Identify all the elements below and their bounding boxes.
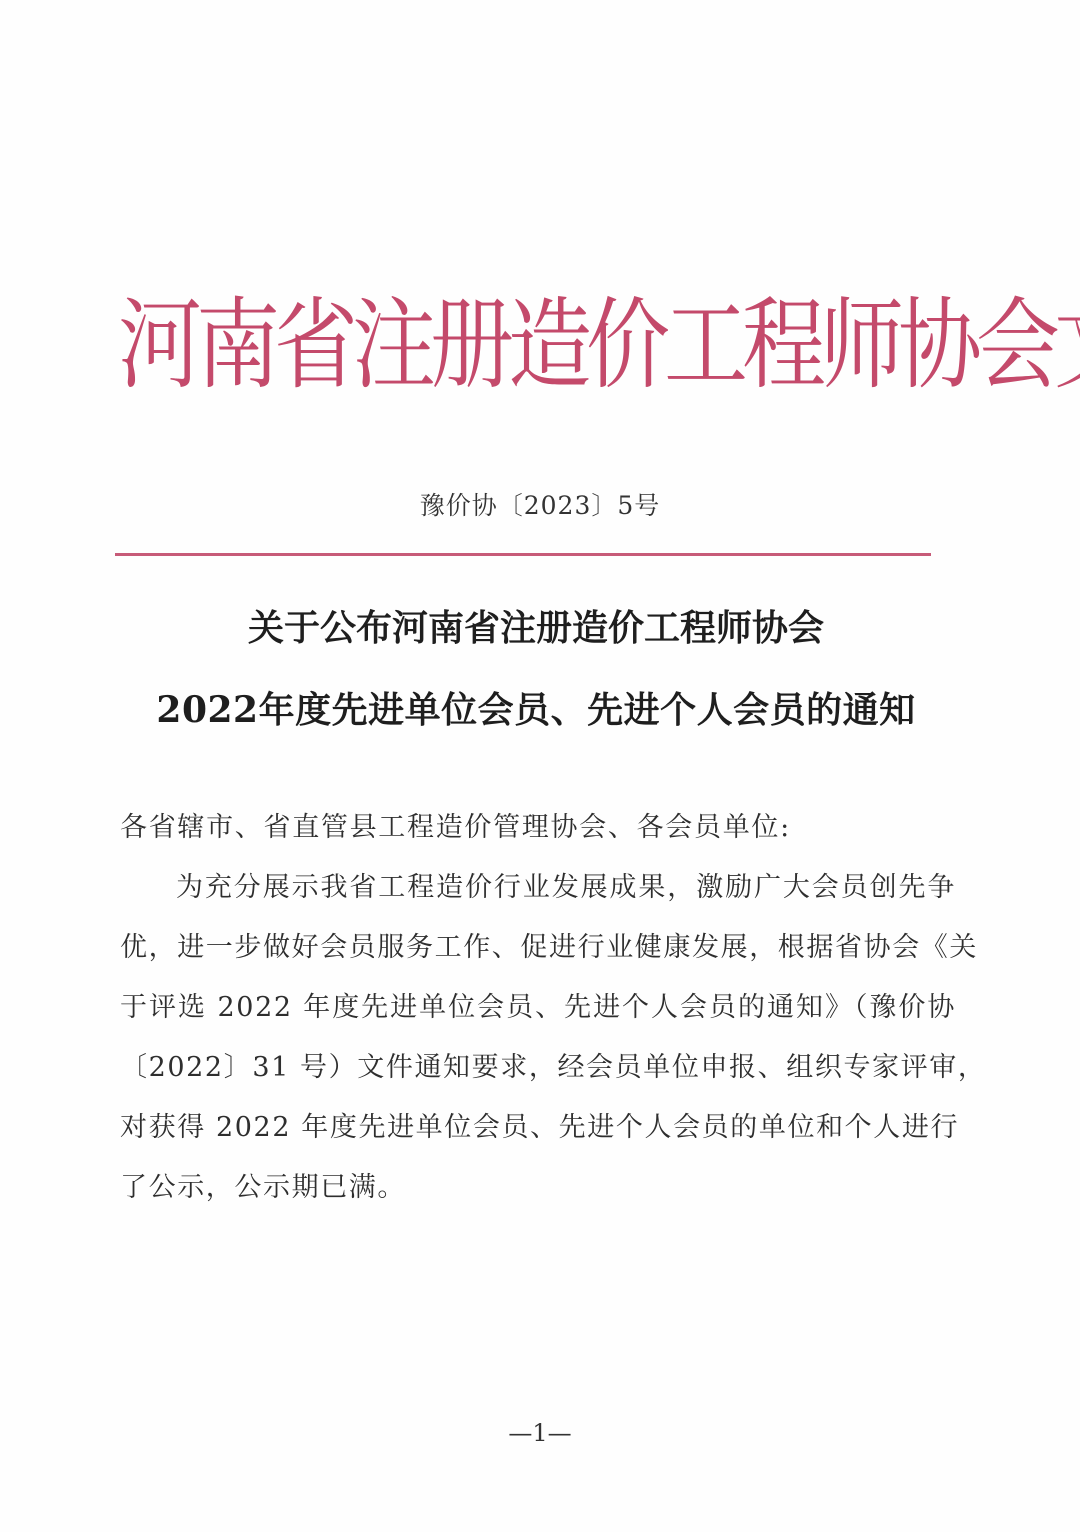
- salutation: 各省辖市、省直管县工程造价管理协会、各会员单位:: [120, 806, 791, 850]
- paragraph-line: 优，进一步做好会员服务工作、促进行业健康发展，根据省协会《关: [120, 926, 956, 970]
- document-page: 河南省注册造价工程师协会文件 豫价协〔2023〕5号 关于公布河南省注册造价工程…: [0, 0, 1080, 1532]
- red-divider-rule: [115, 553, 931, 556]
- paragraph-line: 了公示，公示期已满。: [120, 1166, 956, 1210]
- paragraph-line: 对获得 2022 年度先进单位会员、先进个人会员的单位和个人进行: [120, 1106, 956, 1150]
- page-number: —1—: [0, 1418, 1080, 1448]
- document-number: 豫价协〔2023〕5号: [0, 488, 1080, 524]
- notice-title-line-1: 关于公布河南省注册造价工程师协会: [0, 604, 1076, 652]
- paragraph-line: 〔2022〕31 号）文件通知要求，经会员单位申报、组织专家评审，: [120, 1046, 956, 1090]
- paragraph-line: 为充分展示我省工程造价行业发展成果，激励广大会员创先争: [176, 866, 956, 910]
- masthead-title: 河南省注册造价工程师协会文件: [118, 268, 928, 421]
- paragraph-line: 于评选 2022 年度先进单位会员、先进个人会员的通知》（豫价协: [120, 986, 956, 1030]
- notice-title-line-2: 2022年度先进单位会员、先进个人会员的通知: [0, 686, 1076, 734]
